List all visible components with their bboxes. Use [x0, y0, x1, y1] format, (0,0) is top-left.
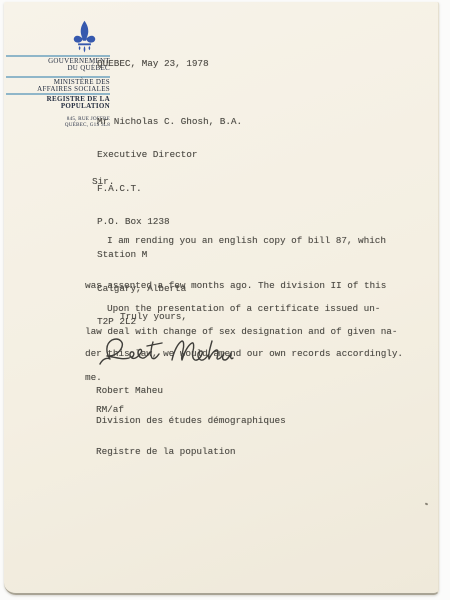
dateline: QUEBEC, May 23, 1978 — [97, 58, 209, 69]
recipient-line: Executive Director — [97, 149, 242, 160]
signer-organization: Registre de la population — [96, 447, 286, 457]
signature — [96, 333, 234, 369]
signer-name: Robert Maheu — [96, 386, 286, 396]
registry-line: POPULATION — [8, 103, 110, 110]
ministry-name: MINISTÈRE DES AFFAIRES SOCIALES — [8, 79, 110, 93]
closing: Truly yours, — [120, 311, 187, 322]
scanned-letter: GOUVERNEMENT DU QUÉBEC MINISTÈRE DES AFF… — [0, 0, 450, 600]
office-address: 845, RUE JOFFRE QUÉBEC, G1S 3L8 — [8, 117, 110, 128]
recipient-line: Mr Nicholas C. Ghosh, B.A. — [97, 116, 242, 127]
registry-name: REGISTRE DE LA POPULATION — [8, 96, 110, 110]
signature-block: Robert Maheu Division des études démogra… — [96, 366, 286, 477]
fleur-de-lis-icon — [73, 20, 96, 54]
government-line: DU QUÉBEC — [8, 65, 110, 72]
paragraph-line: I am rending you an english copy of bill… — [85, 233, 397, 248]
government-name: GOUVERNEMENT DU QUÉBEC — [8, 58, 110, 72]
reference-initials: RM/af — [96, 404, 124, 415]
ministry-line: AFFAIRES SOCIALES — [8, 86, 110, 93]
signer-division: Division des études démographiques — [96, 416, 286, 426]
recipient-line: F.A.C.T. — [97, 183, 242, 194]
office-address-line: QUÉBEC, G1S 3L8 — [8, 123, 110, 129]
salutation: Sir. — [92, 176, 114, 187]
